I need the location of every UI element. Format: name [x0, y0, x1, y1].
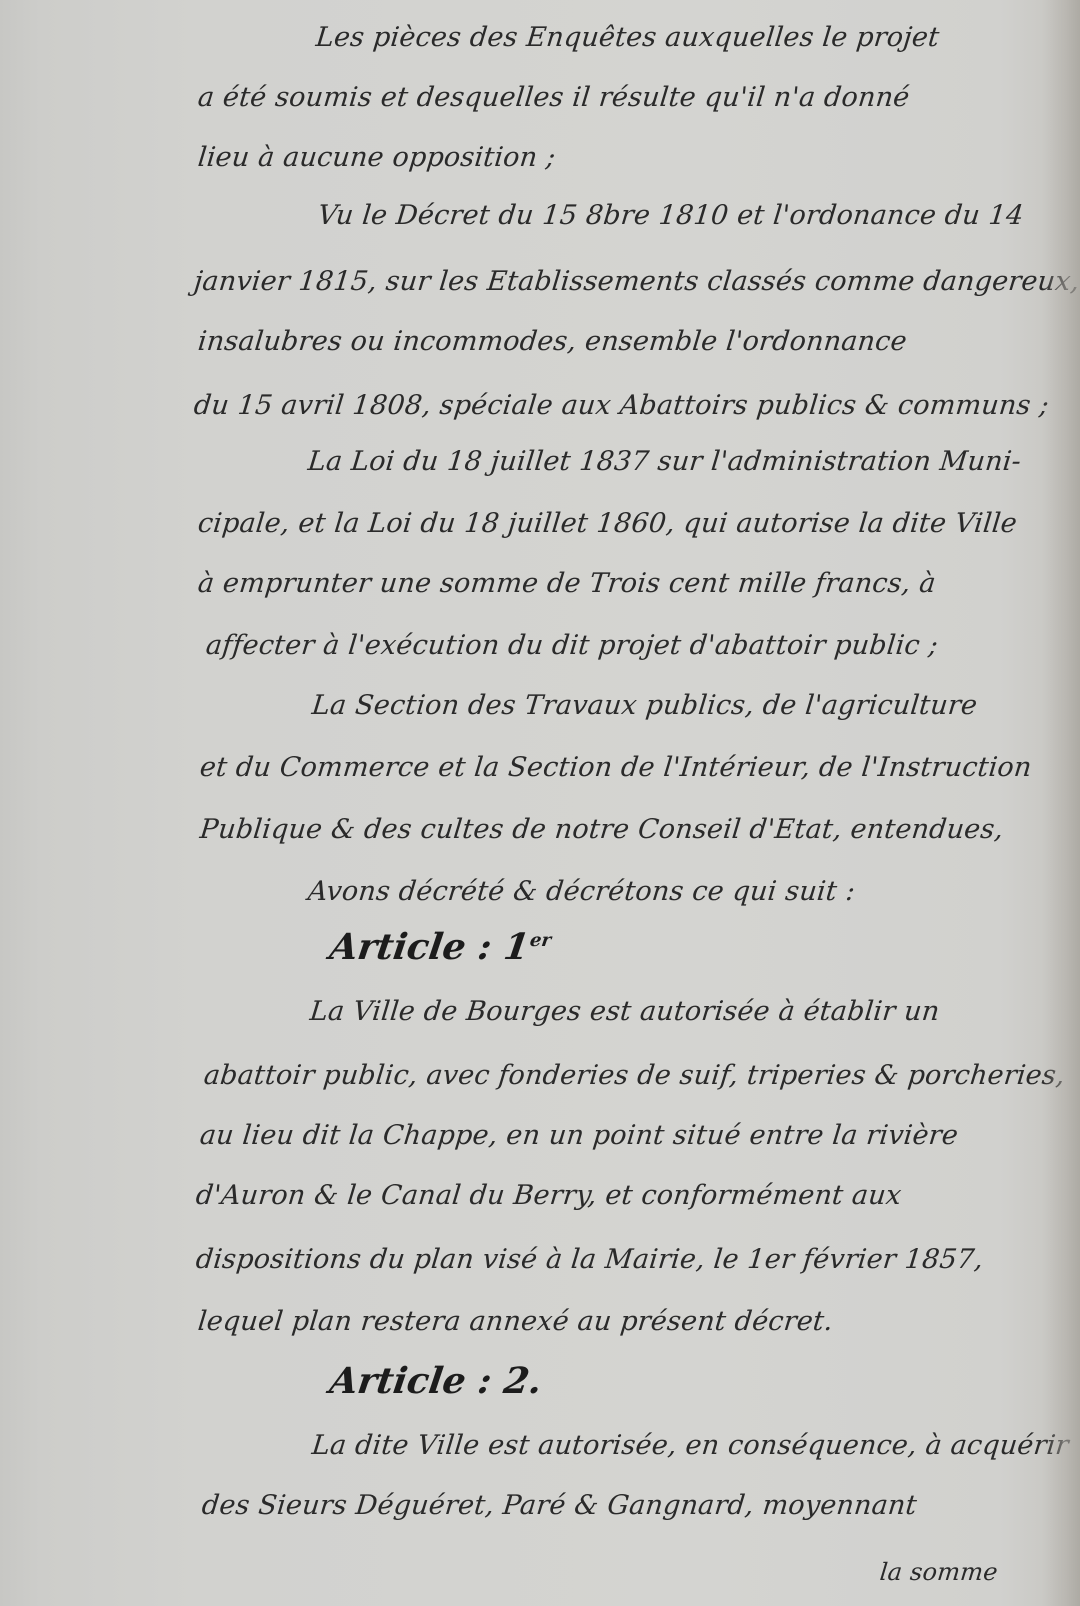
manuscript-page: Les pièces des Enquêtes auxquelles le pr… — [0, 0, 1080, 1606]
text-line: lieu à aucune opposition ; — [196, 142, 557, 173]
text-line: Avons décrété & décrétons ce qui suit : — [306, 876, 856, 907]
text-line: affecter à l'exécution du dit projet d'a… — [204, 630, 939, 661]
text-line: La dite Ville est autorisée, en conséque… — [310, 1430, 1070, 1461]
text-line: insalubres ou incommodes, ensemble l'ord… — [196, 326, 908, 357]
text-line: au lieu dit la Chappe, en un point situé… — [198, 1120, 959, 1151]
text-line: Vu le Décret du 15 8bre 1810 et l'ordona… — [316, 200, 1025, 231]
text-line: à emprunter une somme de Trois cent mill… — [196, 568, 937, 599]
article-1-heading-text: Article : 1 — [327, 926, 532, 968]
text-line: dispositions du plan visé à la Mairie, l… — [194, 1244, 984, 1275]
text-line: d'Auron & le Canal du Berry, et conformé… — [194, 1180, 903, 1211]
article-1-heading: Article : 1er — [327, 926, 553, 968]
text-line: des Sieurs Déguéret, Paré & Gangnard, mo… — [200, 1490, 918, 1521]
article-1-heading-sup: er — [529, 930, 553, 951]
text-line: du 15 avril 1808, spéciale aux Abattoirs… — [192, 390, 1050, 421]
text-line: cipale, et la Loi du 18 juillet 1860, qu… — [196, 508, 1018, 539]
catchword: la somme — [879, 1558, 1000, 1586]
text-line: et du Commerce et la Section de l'Intéri… — [198, 752, 1033, 783]
article-2-heading: Article : 2. — [327, 1360, 545, 1402]
text-line: La Loi du 18 juillet 1837 sur l'administ… — [306, 446, 1022, 477]
text-line: La Ville de Bourges est autorisée à étab… — [308, 996, 941, 1027]
text-line: Les pièces des Enquêtes auxquelles le pr… — [314, 22, 940, 53]
text-line: La Section des Travaux publics, de l'agr… — [310, 690, 979, 721]
text-line: janvier 1815, sur les Etablissements cla… — [192, 266, 1080, 297]
text-line: lequel plan restera annexé au présent dé… — [196, 1306, 834, 1337]
text-line: abattoir public, avec fonderies de suif,… — [202, 1060, 1066, 1091]
text-line: Publique & des cultes de notre Conseil d… — [198, 814, 1005, 845]
text-line: a été soumis et desquelles il résulte qu… — [196, 82, 911, 113]
